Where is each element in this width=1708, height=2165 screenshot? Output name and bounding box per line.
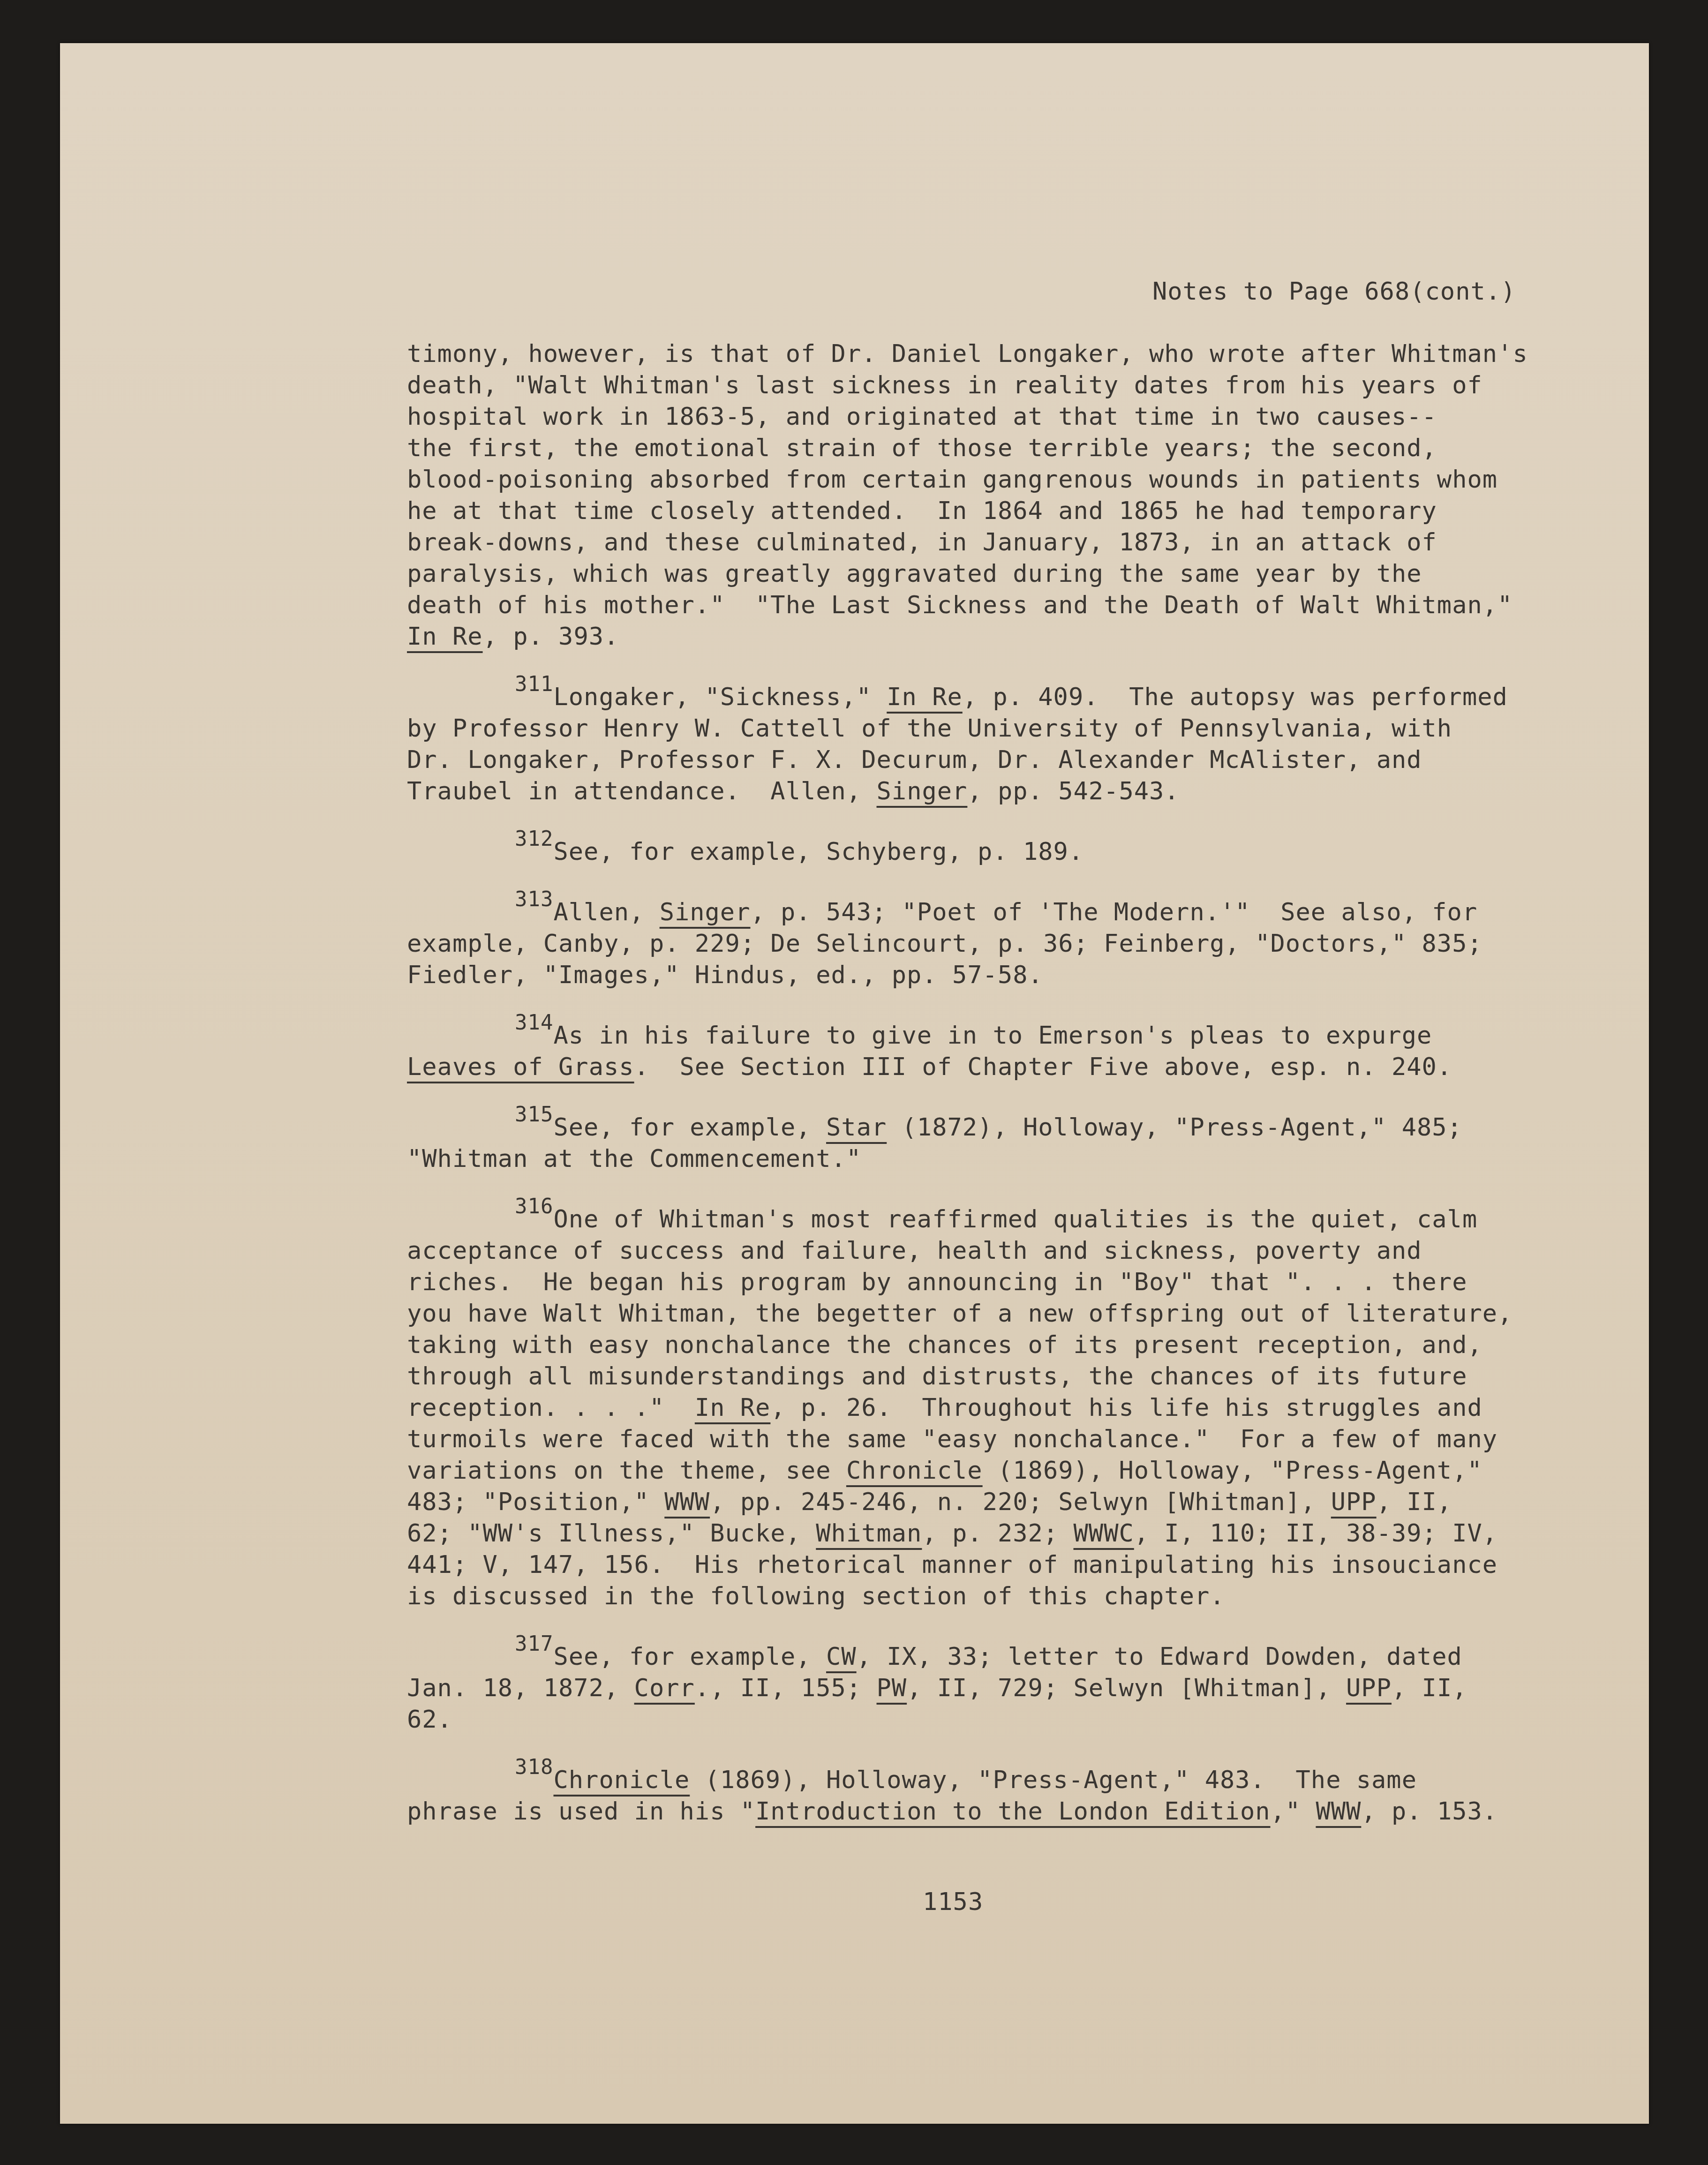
underlined-title: Whitman (816, 1519, 922, 1548)
underlined-title: UPP (1346, 1674, 1392, 1702)
footnote-number: 315 (515, 1103, 553, 1127)
text-line: 483; "Position," WWW, pp. 245-246, n. 22… (407, 1487, 1607, 1518)
text-line: taking with easy nonchalance the chances… (407, 1330, 1607, 1361)
text-line: is discussed in the following section of… (407, 1581, 1607, 1612)
text-line: 318Chronicle (1869), Holloway, "Press-Ag… (407, 1765, 1607, 1796)
text-line: 314As in his failure to give in to Emers… (407, 1020, 1607, 1052)
underlined-title: Singer (877, 777, 968, 805)
text-line: Dr. Longaker, Professor F. X. Decurum, D… (407, 744, 1607, 776)
footnote-317: 317See, for example, CW, IX, 33; letter … (407, 1641, 1607, 1736)
text-line: Leaves of Grass. See Section III of Chap… (407, 1052, 1607, 1083)
underlined-title: In Re (695, 1394, 771, 1422)
underlined-title: CW (826, 1643, 857, 1671)
page-number: 1153 (923, 1888, 983, 1916)
text-line: by Professor Henry W. Cattell of the Uni… (407, 713, 1607, 744)
footnote-318: 318Chronicle (1869), Holloway, "Press-Ag… (407, 1765, 1607, 1827)
text-line: 312See, for example, Schyberg, p. 189. (407, 836, 1607, 868)
underlined-title: Singer (660, 898, 751, 926)
footnote-number: 317 (515, 1632, 553, 1656)
text-line: Traubel in attendance. Allen, Singer, pp… (407, 776, 1607, 807)
text-line: he at that time closely attended. In 186… (407, 496, 1607, 527)
text-line: hospital work in 1863-5, and originated … (407, 401, 1607, 433)
text-line: Fiedler, "Images," Hindus, ed., pp. 57-5… (407, 960, 1607, 991)
footnote-number: 318 (515, 1755, 553, 1779)
underlined-title: In Re (407, 623, 483, 651)
text-line: reception. . . ." In Re, p. 26. Througho… (407, 1392, 1607, 1424)
underlined-title: In Re (887, 683, 963, 711)
underlined-title: Chronicle (846, 1457, 983, 1485)
underlined-title: Chronicle (553, 1766, 690, 1794)
text-line: phrase is used in his "Introduction to t… (407, 1796, 1607, 1827)
text-line: In Re, p. 393. (407, 621, 1607, 653)
text-line: timony, however, is that of Dr. Daniel L… (407, 338, 1607, 370)
text-line: 62. (407, 1704, 1607, 1736)
footnote-312: 312See, for example, Schyberg, p. 189. (407, 836, 1607, 868)
footnote-number: 313 (515, 887, 553, 911)
carryover-note: timony, however, is that of Dr. Daniel L… (407, 338, 1607, 653)
text-line: 62; "WW's Illness," Bucke, Whitman, p. 2… (407, 1518, 1607, 1549)
underlined-title: Introduction to the London Edition (755, 1797, 1270, 1826)
text-line: 316One of Whitman's most reaffirmed qual… (407, 1204, 1607, 1235)
underlined-title: Leaves of Grass (407, 1053, 634, 1081)
text-line: 311Longaker, "Sickness," In Re, p. 409. … (407, 682, 1607, 713)
document-page: Notes to Page 668(cont.) timony, however… (60, 43, 1649, 2124)
text-line: Jan. 18, 1872, Corr., II, 155; PW, II, 7… (407, 1673, 1607, 1704)
underlined-title: PW (877, 1674, 907, 1702)
footnote-314: 314As in his failure to give in to Emers… (407, 1020, 1607, 1083)
underlined-title: WWW (664, 1488, 710, 1516)
text-line: blood-poisoning absorbed from certain ga… (407, 464, 1607, 496)
underlined-title: WWWC (1074, 1519, 1134, 1548)
underlined-title: Star (826, 1113, 887, 1142)
text-line: 313Allen, Singer, p. 543; "Poet of 'The … (407, 897, 1607, 928)
footnote-number: 311 (515, 672, 553, 696)
text-line: you have Walt Whitman, the begetter of a… (407, 1298, 1607, 1330)
underlined-title: WWW (1316, 1797, 1361, 1826)
text-line: the first, the emotional strain of those… (407, 433, 1607, 464)
footnote-315: 315See, for example, Star (1872), Hollow… (407, 1112, 1607, 1175)
text-line: through all misunderstandings and distru… (407, 1361, 1607, 1392)
text-line: paralysis, which was greatly aggravated … (407, 558, 1607, 590)
text-line: 317See, for example, CW, IX, 33; letter … (407, 1641, 1607, 1673)
text-line: acceptance of success and failure, healt… (407, 1235, 1607, 1267)
text-line: 441; V, 147, 156. His rhetorical manner … (407, 1549, 1607, 1581)
footnote-316: 316One of Whitman's most reaffirmed qual… (407, 1204, 1607, 1612)
underlined-title: Corr (634, 1674, 695, 1702)
text-line: riches. He began his program by announci… (407, 1267, 1607, 1298)
footnote-number: 312 (515, 827, 553, 851)
text-line: "Whitman at the Commencement." (407, 1143, 1607, 1175)
footnote-311: 311Longaker, "Sickness," In Re, p. 409. … (407, 682, 1607, 807)
text-line: variations on the theme, see Chronicle (… (407, 1455, 1607, 1487)
text-line: death of his mother." "The Last Sickness… (407, 590, 1607, 621)
footnote-number: 314 (515, 1011, 553, 1035)
footnote-313: 313Allen, Singer, p. 543; "Poet of 'The … (407, 897, 1607, 991)
notes-body: timony, however, is that of Dr. Daniel L… (407, 338, 1607, 1827)
text-line: 315See, for example, Star (1872), Hollow… (407, 1112, 1607, 1143)
footnote-number: 316 (515, 1195, 553, 1218)
text-line: example, Canby, p. 229; De Selincourt, p… (407, 928, 1607, 960)
text-line: turmoils were faced with the same "easy … (407, 1424, 1607, 1455)
text-line: break-downs, and these culminated, in Ja… (407, 527, 1607, 558)
page-header: Notes to Page 668(cont.) (1152, 278, 1516, 306)
underlined-title: UPP (1331, 1488, 1377, 1516)
text-line: death, "Walt Whitman's last sickness in … (407, 370, 1607, 401)
